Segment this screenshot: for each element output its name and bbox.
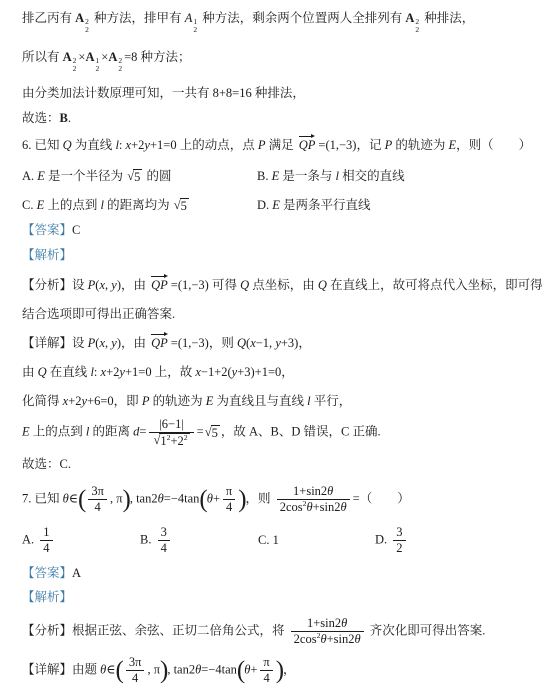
- q5-solution-line-2: 所以有 A22×A12×A22=8 种方法；: [22, 50, 528, 73]
- question-6-conclusion: 故选：C.: [22, 457, 528, 473]
- question-6-option-c: C. E 上的点到 l 的距离均为 √5: [22, 198, 257, 214]
- q5-answer-choice: 故选：B.: [22, 111, 528, 127]
- question-6-options-row-1: A. E 是一个半径为 √5 的圆 B. E 是一条与 l 相交的直线: [22, 169, 528, 185]
- question-6-detail-line-2: 由 Q 在直线 l: x+2y+1=0 上，故 x−1+2(y+3)+1=0，: [22, 365, 528, 381]
- question-7-option-b: B. 34: [140, 525, 258, 556]
- question-7-option-d: D. 32: [375, 525, 409, 556]
- question-6-detail-line-1: 【详解】设 P(x, y)，由 QP=(1,−3)，则 Q(x−1, y+3)，: [22, 334, 528, 352]
- question-7-analysis-label: 【解析】: [22, 590, 528, 606]
- exam-solution-page: 排乙丙有 A22 种方法，排甲有 A12 种方法，剩余两个位置两人全排列有 A2…: [0, 0, 542, 686]
- question-6-stem: 6. 已知 Q 为直线 l: x+2y+1=0 上的动点，点 P 满足 QP=(…: [22, 136, 528, 154]
- question-7-stem: 7. 已知 θ∈(3π4, π), tan2θ=−4tan(θ+π4)，则 1+…: [22, 484, 528, 515]
- question-7-analysis-line-1: 【分析】根据正弦、余弦、正切二倍角公式，将 1+sin2θ2cos2θ+sin2…: [22, 616, 528, 647]
- question-7-option-c: C. 1: [258, 533, 375, 549]
- question-6-options-row-2: C. E 上的点到 l 的距离均为 √5 D. E 是两条平行直线: [22, 198, 528, 214]
- question-6-answer: 【答案】C: [22, 223, 528, 239]
- question-7-detail-line-1: 【详解】由题 θ∈(3π4, π), tan2θ=−4tan(θ+π4)，: [22, 655, 528, 686]
- question-6-option-a: A. E 是一个半径为 √5 的圆: [22, 169, 257, 185]
- question-6-analysis-label: 【解析】: [22, 248, 528, 264]
- question-6-option-d: D. E 是两条平行直线: [257, 198, 371, 214]
- question-6-analysis-line-2: 结合选项即可得出正确答案.: [22, 307, 528, 323]
- q5-solution-line-1: 排乙丙有 A22 种方法，排甲有 A12 种方法，剩余两个位置两人全排列有 A2…: [22, 11, 528, 34]
- question-6-option-b: B. E 是一条与 l 相交的直线: [257, 169, 405, 185]
- question-6-detail-line-4: E 上的点到 l 的距离 d=|6−1|√12+22=√5，故 A、B、D 错误…: [22, 417, 528, 448]
- question-7-options-row: A. 14 B. 34 C. 1 D. 32: [22, 525, 528, 556]
- q5-solution-line-3: 由分类加法计数原理可知，一共有 8+8=16 种排法，: [22, 86, 528, 102]
- question-7-answer: 【答案】A: [22, 566, 528, 582]
- question-6-analysis-line-1: 【分析】设 P(x, y)，由 QP=(1,−3) 可得 Q 点坐标，由 Q 在…: [22, 276, 528, 294]
- question-6-detail-line-3: 化简得 x+2y+6=0，即 P 的轨迹为 E 为直线且与直线 l 平行，: [22, 394, 528, 410]
- question-7-option-a: A. 14: [22, 525, 140, 556]
